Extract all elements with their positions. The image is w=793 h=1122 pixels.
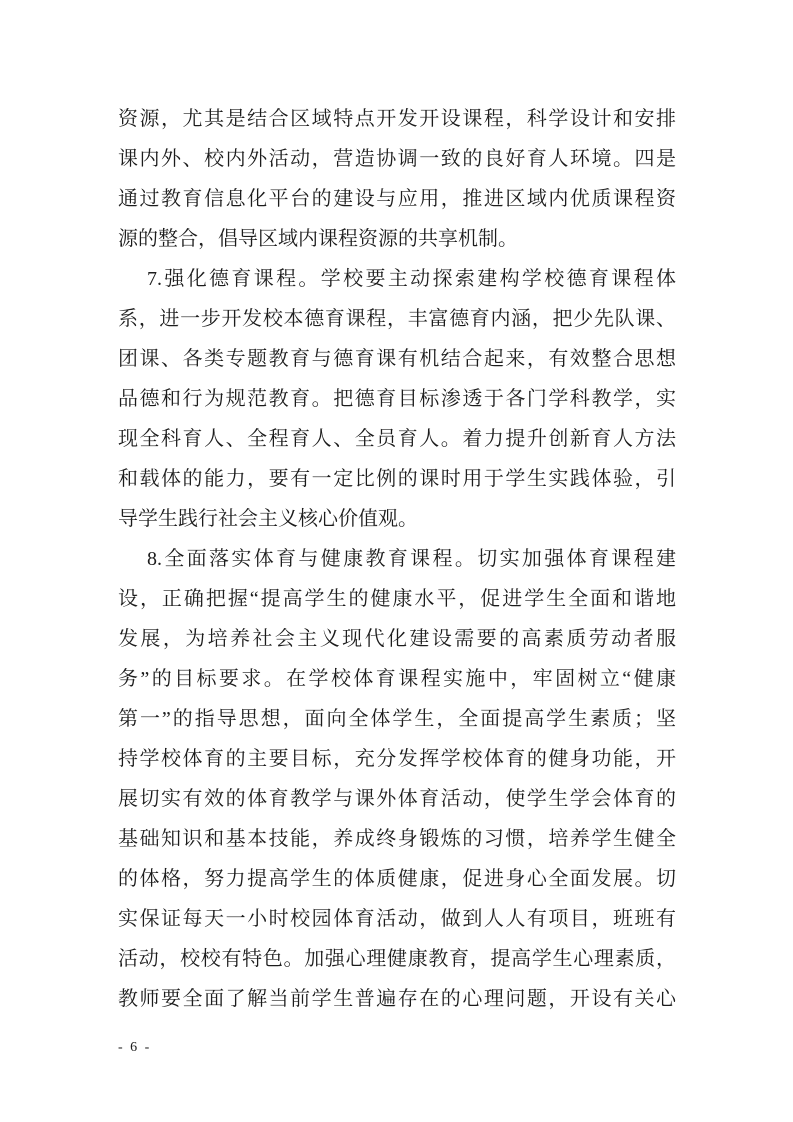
text-line: 和载体的能力，要有一定比例的课时用于学生实践体验，引 (118, 459, 676, 499)
page-number: - 6 - (118, 1040, 151, 1056)
text-line: 课内外、校内外活动，营造协调一致的良好育人环境。四是 (118, 139, 676, 179)
text-line: 发展，为培养社会主义现代化建设需要的高素质劳动者服 (118, 619, 676, 659)
document-body: 资源，尤其是结合区域特点开发开设课程，科学设计和安排课内外、校内外活动，营造协调… (118, 99, 676, 1019)
text-line: 教师要全面了解当前学生普遍存在的心理问题，开设有关心 (118, 979, 676, 1019)
text-line: 基础知识和基本技能，养成终身锻炼的习惯，培养学生健全 (118, 819, 676, 859)
text-line: 8.全面落实体育与健康教育课程。切实加强体育课程建 (118, 539, 676, 579)
text-line: 务”的目标要求。在学校体育课程实施中，牢固树立“健康 (118, 659, 676, 699)
text-line: 导学生践行社会主义核心价值观。 (118, 499, 676, 539)
text-line: 活动，校校有特色。加强心理健康教育，提高学生心理素质， (118, 939, 676, 979)
text-line: 品德和行为规范教育。把德育目标渗透于各门学科教学，实 (118, 379, 676, 419)
text-line: 设，正确把握“提高学生的健康水平，促进学生全面和谐地 (118, 579, 676, 619)
text-line: 展切实有效的体育教学与课外体育活动，使学生学会体育的 (118, 779, 676, 819)
document-page: 资源，尤其是结合区域特点开发开设课程，科学设计和安排课内外、校内外活动，营造协调… (0, 0, 793, 1122)
text-line: 源的整合，倡导区域内课程资源的共享机制。 (118, 219, 676, 259)
text-line: 7.强化德育课程。学校要主动探索建构学校德育课程体 (118, 259, 676, 299)
text-line: 第一”的指导思想，面向全体学生，全面提高学生素质；坚 (118, 699, 676, 739)
text-line: 的体格，努力提高学生的体质健康，促进身心全面发展。切 (118, 859, 676, 899)
text-line: 团课、各类专题教育与德育课有机结合起来，有效整合思想 (118, 339, 676, 379)
text-line: 现全科育人、全程育人、全员育人。着力提升创新育人方法 (118, 419, 676, 459)
text-line: 通过教育信息化平台的建设与应用，推进区域内优质课程资 (118, 179, 676, 219)
text-line: 实保证每天一小时校园体育活动，做到人人有项目，班班有 (118, 899, 676, 939)
text-line: 资源，尤其是结合区域特点开发开设课程，科学设计和安排 (118, 99, 676, 139)
text-line: 系，进一步开发校本德育课程，丰富德育内涵，把少先队课、 (118, 299, 676, 339)
text-line: 持学校体育的主要目标，充分发挥学校体育的健身功能，开 (118, 739, 676, 779)
